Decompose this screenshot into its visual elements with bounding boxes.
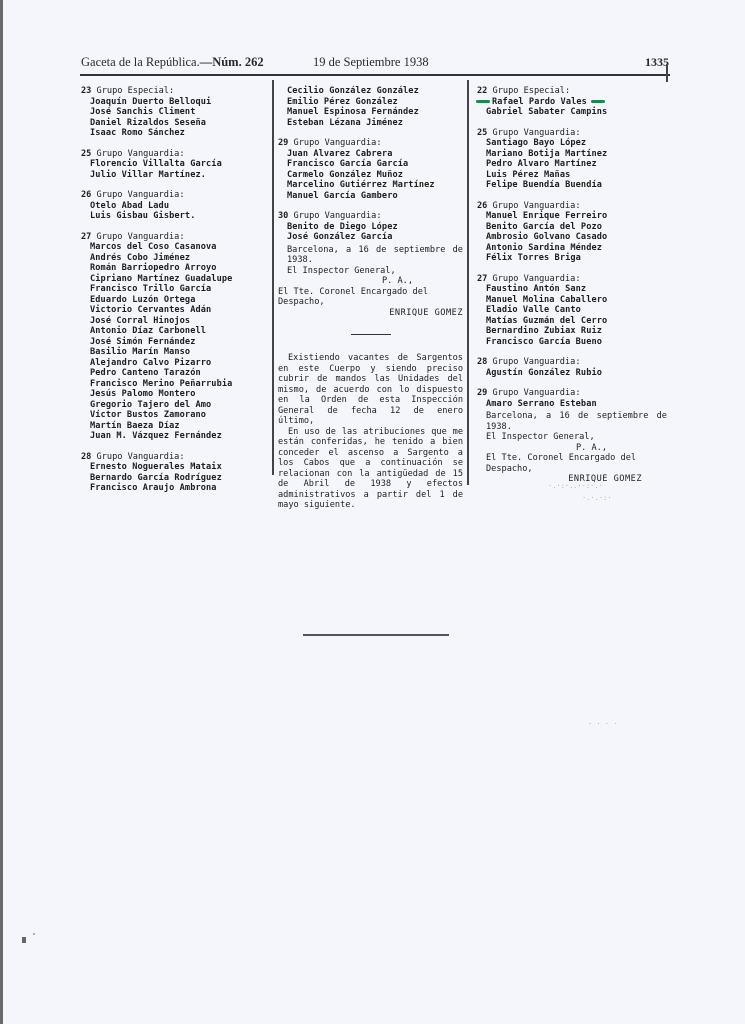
group-title: Grupo Vanguardia:	[294, 211, 382, 221]
scan-artifact: · · · ·	[588, 720, 618, 728]
person-name: Víctor Bustos Zamorano	[81, 410, 266, 421]
person-name: Joaquín Duerto Belloqui	[81, 97, 266, 108]
person-name: Florencio Villalta García	[81, 159, 266, 170]
person-name-text: Jesús Palomo Montero	[90, 389, 195, 399]
closing-block: Barcelona, a 16 de septiembre de 1938. E…	[278, 245, 463, 319]
person-name-text: Matías Guzmán del Cerro	[486, 316, 607, 326]
person-name: Victorio Cervantes Adán	[81, 305, 266, 316]
scan-artifact	[22, 937, 26, 943]
person-name: Ambrosio Golvano Casado	[477, 232, 667, 243]
group-25: 25 Grupo Vanguardia:Santiago Bayo LópezM…	[477, 128, 667, 191]
highlight-mark	[591, 100, 605, 103]
group-number: 25	[477, 128, 487, 138]
person-name-text: Bernardino Zubiax Ruiz	[486, 326, 602, 336]
person-name: Bernardo García Rodríguez	[81, 473, 266, 484]
group-heading: 25 Grupo Vanguardia:	[81, 149, 266, 160]
person-name: Cecilio González González	[278, 86, 463, 97]
signature: ENRIQUE GOMEZ	[278, 308, 463, 319]
person-name: Juan M. Vázquez Fernández	[81, 431, 266, 442]
person-name-text: Gabriel Sabater Campins	[486, 107, 607, 117]
person-name-text: Pedro Canteno Tarazón	[90, 368, 201, 378]
person-name-text: Otelo Abad Ladu	[90, 201, 169, 211]
person-name-text: Faustino Antón Sanz	[486, 284, 586, 294]
person-name-text: Basilio Marín Manso	[90, 347, 190, 357]
person-name-text: Francisco Trillo García	[90, 284, 211, 294]
person-name: Jesús Palomo Montero	[81, 389, 266, 400]
group-title: Grupo Vanguardia:	[97, 452, 185, 462]
person-name-text: José Corral Hinojos	[90, 316, 190, 326]
person-name: Carmelo González Muñoz	[278, 170, 463, 181]
group-26: 26 Grupo Vanguardia:Otelo Abad LaduLuis …	[81, 190, 266, 222]
person-name-text: Manuel Molina Caballero	[486, 295, 607, 305]
group-number: 28	[81, 452, 91, 462]
end-rule	[303, 634, 449, 636]
person-name-text: Félix Torres Briga	[486, 253, 581, 263]
header-rule	[80, 74, 670, 76]
person-name: Luis Pérez Mañas	[477, 170, 667, 181]
place-date: Barcelona, a 16 de septiembre de 1938.	[477, 411, 667, 432]
group-heading: 27 Grupo Vanguardia:	[81, 232, 266, 243]
group-title: Grupo Vanguardia:	[493, 128, 581, 138]
person-name: Román Barriopedro Arroyo	[81, 263, 266, 274]
group-26: 26 Grupo Vanguardia:Manuel Enrique Ferre…	[477, 201, 667, 264]
person-name-text: Luis Pérez Mañas	[486, 170, 570, 180]
person-name: Agustín González Rubio	[477, 368, 667, 379]
group-title: Grupo Vanguardia:	[493, 357, 581, 367]
group-title: Grupo Vanguardia:	[97, 190, 185, 200]
pa-label: P. A.,	[477, 443, 667, 454]
person-name: Faustino Antón Sanz	[477, 284, 667, 295]
scan-artifact	[33, 933, 35, 935]
person-name: Isaac Romo Sánchez	[81, 128, 266, 139]
group-number: 29	[278, 138, 288, 148]
group-23: 23 Grupo Especial:Joaquín Duerto Belloqu…	[81, 86, 266, 139]
column-divider	[467, 80, 469, 485]
person-name-text: Luis Gisbau Gisbert.	[90, 211, 195, 221]
officer-title: El Tte. Coronel Encargado del Despacho,	[477, 453, 667, 474]
person-name: Eduardo Luzón Ortega	[81, 295, 266, 306]
person-name-text: Gregorio Tajero del Amo	[90, 400, 211, 410]
person-name: Manuel García Gambero	[278, 191, 463, 202]
column-1: 23 Grupo Especial:Joaquín Duerto Belloqu…	[81, 86, 266, 504]
group-30: 30 Grupo Vanguardia:Benito de Diego Lópe…	[278, 211, 463, 243]
person-name: Pedro Canteno Tarazón	[81, 368, 266, 379]
group-title: Grupo Vanguardia:	[493, 388, 581, 398]
page-header: Gaceta de la República.—Núm. 262 19 de S…	[81, 55, 669, 71]
person-name: Marcos del Coso Casanova	[81, 242, 266, 253]
person-name-text: Francisco Araujo Ambrona	[90, 483, 217, 493]
scan-artifact: ·.·:·..··:·.·	[548, 482, 603, 490]
person-name: Bernardino Zubiax Ruiz	[477, 326, 667, 337]
person-name-text: José González García	[287, 232, 392, 242]
group-25: 25 Grupo Vanguardia:Florencio Villalta G…	[81, 149, 266, 181]
person-name-text: José Sanchis Climent	[90, 107, 195, 117]
person-name: Julio Villar Martínez.	[81, 170, 266, 181]
decree-text: Existiendo vacantes de Sargentos en este…	[278, 353, 463, 511]
person-name: Félix Torres Briga	[477, 253, 667, 264]
group-number: 30	[278, 211, 288, 221]
group-heading: 26 Grupo Vanguardia:	[477, 201, 667, 212]
person-name: Amaro Serrano Esteban	[477, 399, 667, 410]
person-name-text: Cipriano Martínez Guadalupe	[90, 274, 232, 284]
person-name: Luis Gisbau Gisbert.	[81, 211, 266, 222]
group-27: 27 Grupo Vanguardia:Marcos del Coso Casa…	[81, 232, 266, 442]
person-name: Francisco Trillo García	[81, 284, 266, 295]
group-title: Grupo Vanguardia:	[97, 232, 185, 242]
pa-label: P. A.,	[278, 276, 463, 287]
person-name: José Corral Hinojos	[81, 316, 266, 327]
group-number: 22	[477, 86, 487, 96]
person-name: Gabriel Sabater Campins	[477, 107, 667, 118]
person-name: Juan Alvarez Cabrera	[278, 149, 463, 160]
inspector-title: El Inspector General,	[278, 266, 463, 277]
person-name-text: Agustín González Rubio	[486, 368, 602, 378]
person-name-text: Alejandro Calvo Pizarro	[90, 358, 211, 368]
person-name: Pedro Alvaro Martínez	[477, 159, 667, 170]
column-2: Cecilio González GonzálezEmilio Pérez Go…	[278, 86, 463, 511]
paragraph: Existiendo vacantes de Sargentos en este…	[278, 353, 463, 427]
group-27: 27 Grupo Vanguardia:Faustino Antón SanzM…	[477, 274, 667, 348]
group-heading: 22 Grupo Especial:	[477, 86, 667, 97]
group-heading: 30 Grupo Vanguardia:	[278, 211, 463, 222]
person-name: Benito de Diego López	[278, 222, 463, 233]
group-28: 28 Grupo Vanguardia:Agustín González Rub…	[477, 357, 667, 378]
closing-block: Barcelona, a 16 de septiembre de 1938. E…	[477, 411, 667, 485]
person-name-text: Pedro Alvaro Martínez	[486, 159, 597, 169]
person-name: Benito García del Pozo	[477, 222, 667, 233]
officer-title: El Tte. Coronel Encargado del Despacho,	[278, 287, 463, 308]
publication-title: Gaceta de la República.—Núm. 262	[81, 55, 264, 70]
group-29: 29 Grupo Vanguardia:Amaro Serrano Esteba…	[477, 388, 667, 409]
group-title: Grupo Vanguardia:	[97, 149, 185, 159]
person-name: José Simón Fernández	[81, 337, 266, 348]
group-title: Grupo Especial:	[97, 86, 175, 96]
group-number: 28	[477, 357, 487, 367]
group-heading: 23 Grupo Especial:	[81, 86, 266, 97]
person-name: Francisco García García	[278, 159, 463, 170]
person-name: Mariano Botija Martínez	[477, 149, 667, 160]
group-title: Grupo Especial:	[493, 86, 571, 96]
group-number: 23	[81, 86, 91, 96]
person-name-text: Ernesto Noguerales Mataix	[90, 462, 222, 472]
person-name-text: Amaro Serrano Esteban	[486, 399, 597, 409]
person-name-text: Manuel García Gambero	[287, 191, 398, 201]
person-name: Felipe Buendía Buendía	[477, 180, 667, 191]
person-name: Manuel Espinosa Fernández	[278, 107, 463, 118]
person-name: Antonio Díaz Carbonell	[81, 326, 266, 337]
person-name: Matías Guzmán del Cerro	[477, 316, 667, 327]
person-name: Manuel Enrique Ferreiro	[477, 211, 667, 222]
column-divider	[666, 64, 668, 82]
group-heading: 29 Grupo Vanguardia:	[278, 138, 463, 149]
paragraph: En uso de las atribuciones que me están …	[278, 427, 463, 511]
person-name-text: Daniel Rizaldos Seseña	[90, 118, 206, 128]
highlight-mark	[476, 100, 490, 103]
person-name-text: Juan M. Vázquez Fernández	[90, 431, 222, 441]
section-rule	[351, 334, 391, 335]
group-heading: 25 Grupo Vanguardia:	[477, 128, 667, 139]
person-name-text: Martín Baeza Díaz	[90, 421, 180, 431]
person-name-text: Francisco Merino Peñarrubia	[90, 379, 232, 389]
person-name-text: Manuel Enrique Ferreiro	[486, 211, 607, 221]
person-name: Cipriano Martínez Guadalupe	[81, 274, 266, 285]
group-22: 22 Grupo Especial:Rafael Pardo ValesGabr…	[477, 86, 667, 118]
person-name-text: Felipe Buendía Buendía	[486, 180, 602, 190]
person-name-text: Benito de Diego López	[287, 222, 398, 232]
person-name-text: Víctor Bustos Zamorano	[90, 410, 206, 420]
person-name: Otelo Abad Ladu	[81, 201, 266, 212]
person-name-text: Eladio Valle Canto	[486, 305, 581, 315]
person-name: Francisco Araujo Ambrona	[81, 483, 266, 494]
person-name-text: Juan Alvarez Cabrera	[287, 149, 392, 159]
person-name: Francisco García Bueno	[477, 337, 667, 348]
group-29: 29 Grupo Vanguardia:Juan Alvarez Cabrera…	[278, 138, 463, 201]
group-title: Grupo Vanguardia:	[493, 274, 581, 284]
person-name-text: Francisco García Bueno	[486, 337, 602, 347]
group-heading: 28 Grupo Vanguardia:	[477, 357, 667, 368]
person-name-text: Andrés Cobo Jiménez	[90, 253, 190, 263]
group-heading: 29 Grupo Vanguardia:	[477, 388, 667, 399]
group-title: Grupo Vanguardia:	[294, 138, 382, 148]
person-name-text: Eduardo Luzón Ortega	[90, 295, 195, 305]
group-title: Grupo Vanguardia:	[493, 201, 581, 211]
person-name: Eladio Valle Canto	[477, 305, 667, 316]
person-name-text: Santiago Bayo López	[486, 138, 586, 148]
person-name-text: Victorio Cervantes Adán	[90, 305, 211, 315]
person-name-text: Marcelino Gutiérrez Martínez	[287, 180, 435, 190]
person-name: Esteban Lézana Jiménez	[278, 118, 463, 129]
person-name-text: Julio Villar Martínez.	[90, 170, 206, 180]
person-name: José Sanchis Climent	[81, 107, 266, 118]
person-name-text: Ambrosio Golvano Casado	[486, 232, 607, 242]
group-number: 26	[81, 190, 91, 200]
person-name: Manuel Molina Caballero	[477, 295, 667, 306]
person-name: Santiago Bayo López	[477, 138, 667, 149]
person-name: Emilio Pérez González	[278, 97, 463, 108]
place-date: Barcelona, a 16 de septiembre de 1938.	[278, 245, 463, 266]
person-name-text: José Simón Fernández	[90, 337, 195, 347]
person-name-text: Román Barriopedro Arroyo	[90, 263, 217, 273]
person-name: José González García	[278, 232, 463, 243]
person-name: Marcelino Gutiérrez Martínez	[278, 180, 463, 191]
group-number: 27	[81, 232, 91, 242]
group-number: 27	[477, 274, 487, 284]
person-name: Martín Baeza Díaz	[81, 421, 266, 432]
person-name: Ernesto Noguerales Mataix	[81, 462, 266, 473]
newspaper-page: Gaceta de la República.—Núm. 262 19 de S…	[0, 0, 745, 1024]
group-number: 26	[477, 201, 487, 211]
column-3: 22 Grupo Especial:Rafael Pardo ValesGabr…	[477, 86, 667, 485]
person-name: Gregorio Tajero del Amo	[81, 400, 266, 411]
group-number: 25	[81, 149, 91, 159]
issue-date: 19 de Septiembre 1938	[313, 55, 429, 70]
person-name-text: Mariano Botija Martínez	[486, 149, 607, 159]
person-name-text: Rafael Pardo Vales	[492, 97, 587, 107]
column-divider	[272, 80, 274, 475]
group-heading: 28 Grupo Vanguardia:	[81, 452, 266, 463]
continued-list: Cecilio González GonzálezEmilio Pérez Go…	[278, 86, 463, 128]
group-heading: 26 Grupo Vanguardia:	[81, 190, 266, 201]
person-name-text: Florencio Villalta García	[90, 159, 222, 169]
group-number: 29	[477, 388, 487, 398]
person-name-text: Antonio Díaz Carbonell	[90, 326, 206, 336]
inspector-title: El Inspector General,	[477, 432, 667, 443]
person-name: Antonio Sardina Méndez	[477, 243, 667, 254]
person-name-text: Joaquín Duerto Belloqui	[90, 97, 211, 107]
person-name-text: Carmelo González Muñoz	[287, 170, 403, 180]
person-name-text: Marcos del Coso Casanova	[90, 242, 217, 252]
scan-artifact: ·.·.·:·	[582, 494, 612, 502]
person-name-text: Isaac Romo Sánchez	[90, 128, 185, 138]
person-name: Daniel Rizaldos Seseña	[81, 118, 266, 129]
person-name: Basilio Marín Manso	[81, 347, 266, 358]
person-name: Rafael Pardo Vales	[477, 97, 667, 108]
person-name-text: Benito García del Pozo	[486, 222, 602, 232]
person-name-text: Francisco García García	[287, 159, 408, 169]
person-name-text: Antonio Sardina Méndez	[486, 243, 602, 253]
person-name: Alejandro Calvo Pizarro	[81, 358, 266, 369]
person-name-text: Bernardo García Rodríguez	[90, 473, 222, 483]
person-name: Francisco Merino Peñarrubia	[81, 379, 266, 390]
group-28: 28 Grupo Vanguardia:Ernesto Noguerales M…	[81, 452, 266, 494]
person-name: Andrés Cobo Jiménez	[81, 253, 266, 264]
group-heading: 27 Grupo Vanguardia:	[477, 274, 667, 285]
